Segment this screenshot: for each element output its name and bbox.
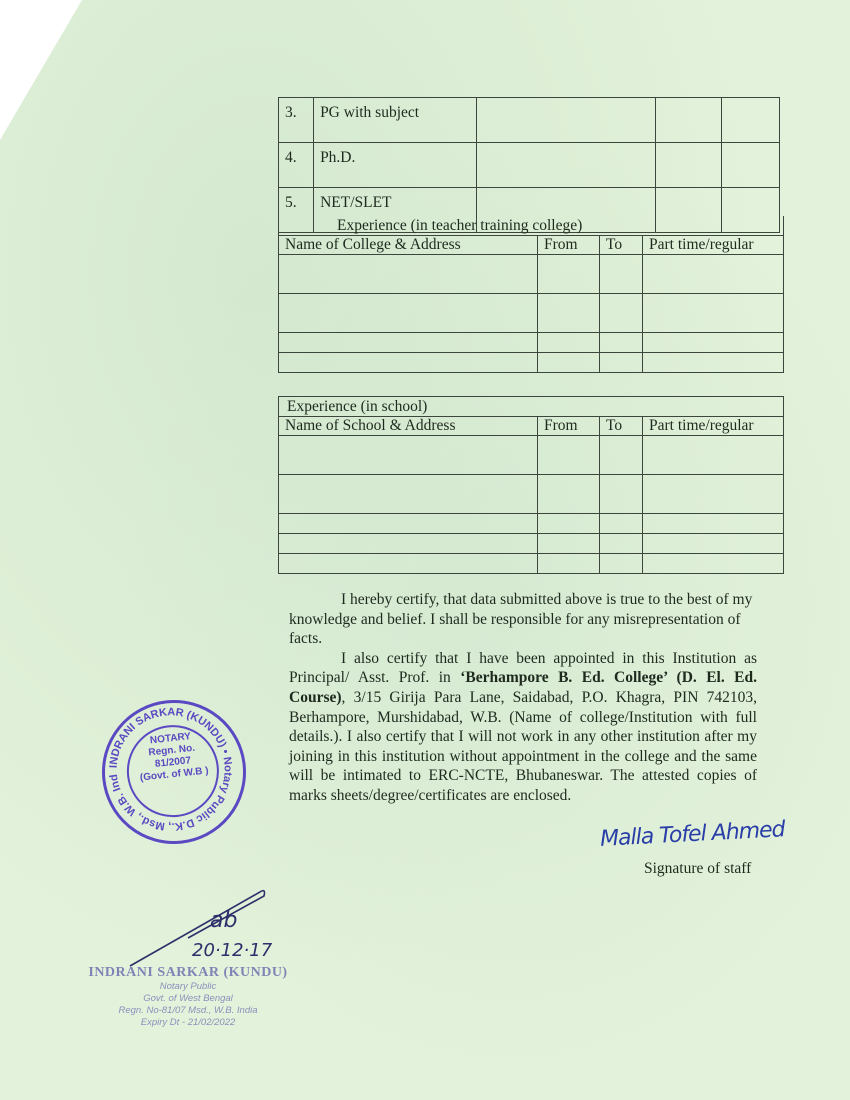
- row-number: 4.: [279, 143, 314, 188]
- table-row: [279, 353, 783, 373]
- experience-school-table: Name of School & Address From To Part ti…: [279, 416, 783, 573]
- degree-cell: Ph.D.: [314, 143, 477, 188]
- table-row: [279, 554, 783, 574]
- institution-cell: [477, 143, 655, 188]
- marks-cell: [721, 143, 779, 188]
- certification-paragraph-2: I also certify that I have been appointe…: [289, 649, 757, 806]
- header-name-address: Name of College & Address: [279, 236, 538, 255]
- notary-name: INDRANI SARKAR (KUNDU): [88, 965, 288, 981]
- folded-page-corner: [0, 0, 82, 140]
- certification-text: I hereby certify, that data submitted ab…: [289, 590, 757, 806]
- header-to: To: [600, 417, 643, 436]
- year-cell: [655, 143, 721, 188]
- experience-college-table: Name of College & Address From To Part t…: [279, 235, 783, 372]
- table-row: 3. PG with subject: [279, 98, 780, 143]
- degree-cell: PG with subject: [314, 98, 477, 143]
- section-title: Experience (in school): [279, 396, 783, 416]
- notary-stamp: INDRANI SARKAR (KUNDU) • Notary Public D…: [95, 693, 253, 851]
- notary-name-stamp: INDRANI SARKAR (KUNDU) Notary Public Gov…: [88, 965, 288, 1029]
- header-from: From: [538, 417, 600, 436]
- signature-label: Signature of staff: [644, 860, 751, 878]
- table-row: [279, 436, 783, 475]
- table-header-row: Name of College & Address From To Part t…: [279, 236, 783, 255]
- section-title: Experience (in teacher training college): [279, 216, 783, 235]
- table-row: [279, 514, 783, 534]
- table-row: [279, 333, 783, 353]
- header-part-time-regular: Part time/regular: [643, 417, 784, 436]
- year-cell: [655, 98, 721, 143]
- header-name-address: Name of School & Address: [279, 417, 538, 436]
- table-header-row: Name of School & Address From To Part ti…: [279, 417, 783, 436]
- header-from: From: [538, 236, 600, 255]
- notary-initials: ab: [210, 908, 237, 933]
- experience-college-section: Experience (in teacher training college)…: [278, 216, 784, 373]
- attestation-date: 20·12·17: [192, 940, 272, 961]
- table-row: [279, 534, 783, 554]
- table-row: [279, 255, 783, 294]
- qualifications-table: 3. PG with subject 4. Ph.D. 5. NET/SLET: [278, 97, 780, 233]
- certification-paragraph-1: I hereby certify, that data submitted ab…: [289, 590, 757, 649]
- experience-school-section: Experience (in school) Name of School & …: [278, 396, 784, 574]
- header-to: To: [600, 236, 643, 255]
- row-number: 3.: [279, 98, 314, 143]
- header-part-time-regular: Part time/regular: [643, 236, 784, 255]
- table-row: 4. Ph.D.: [279, 143, 780, 188]
- table-row: [279, 294, 783, 333]
- institution-cell: [477, 98, 655, 143]
- table-row: [279, 475, 783, 514]
- marks-cell: [721, 98, 779, 143]
